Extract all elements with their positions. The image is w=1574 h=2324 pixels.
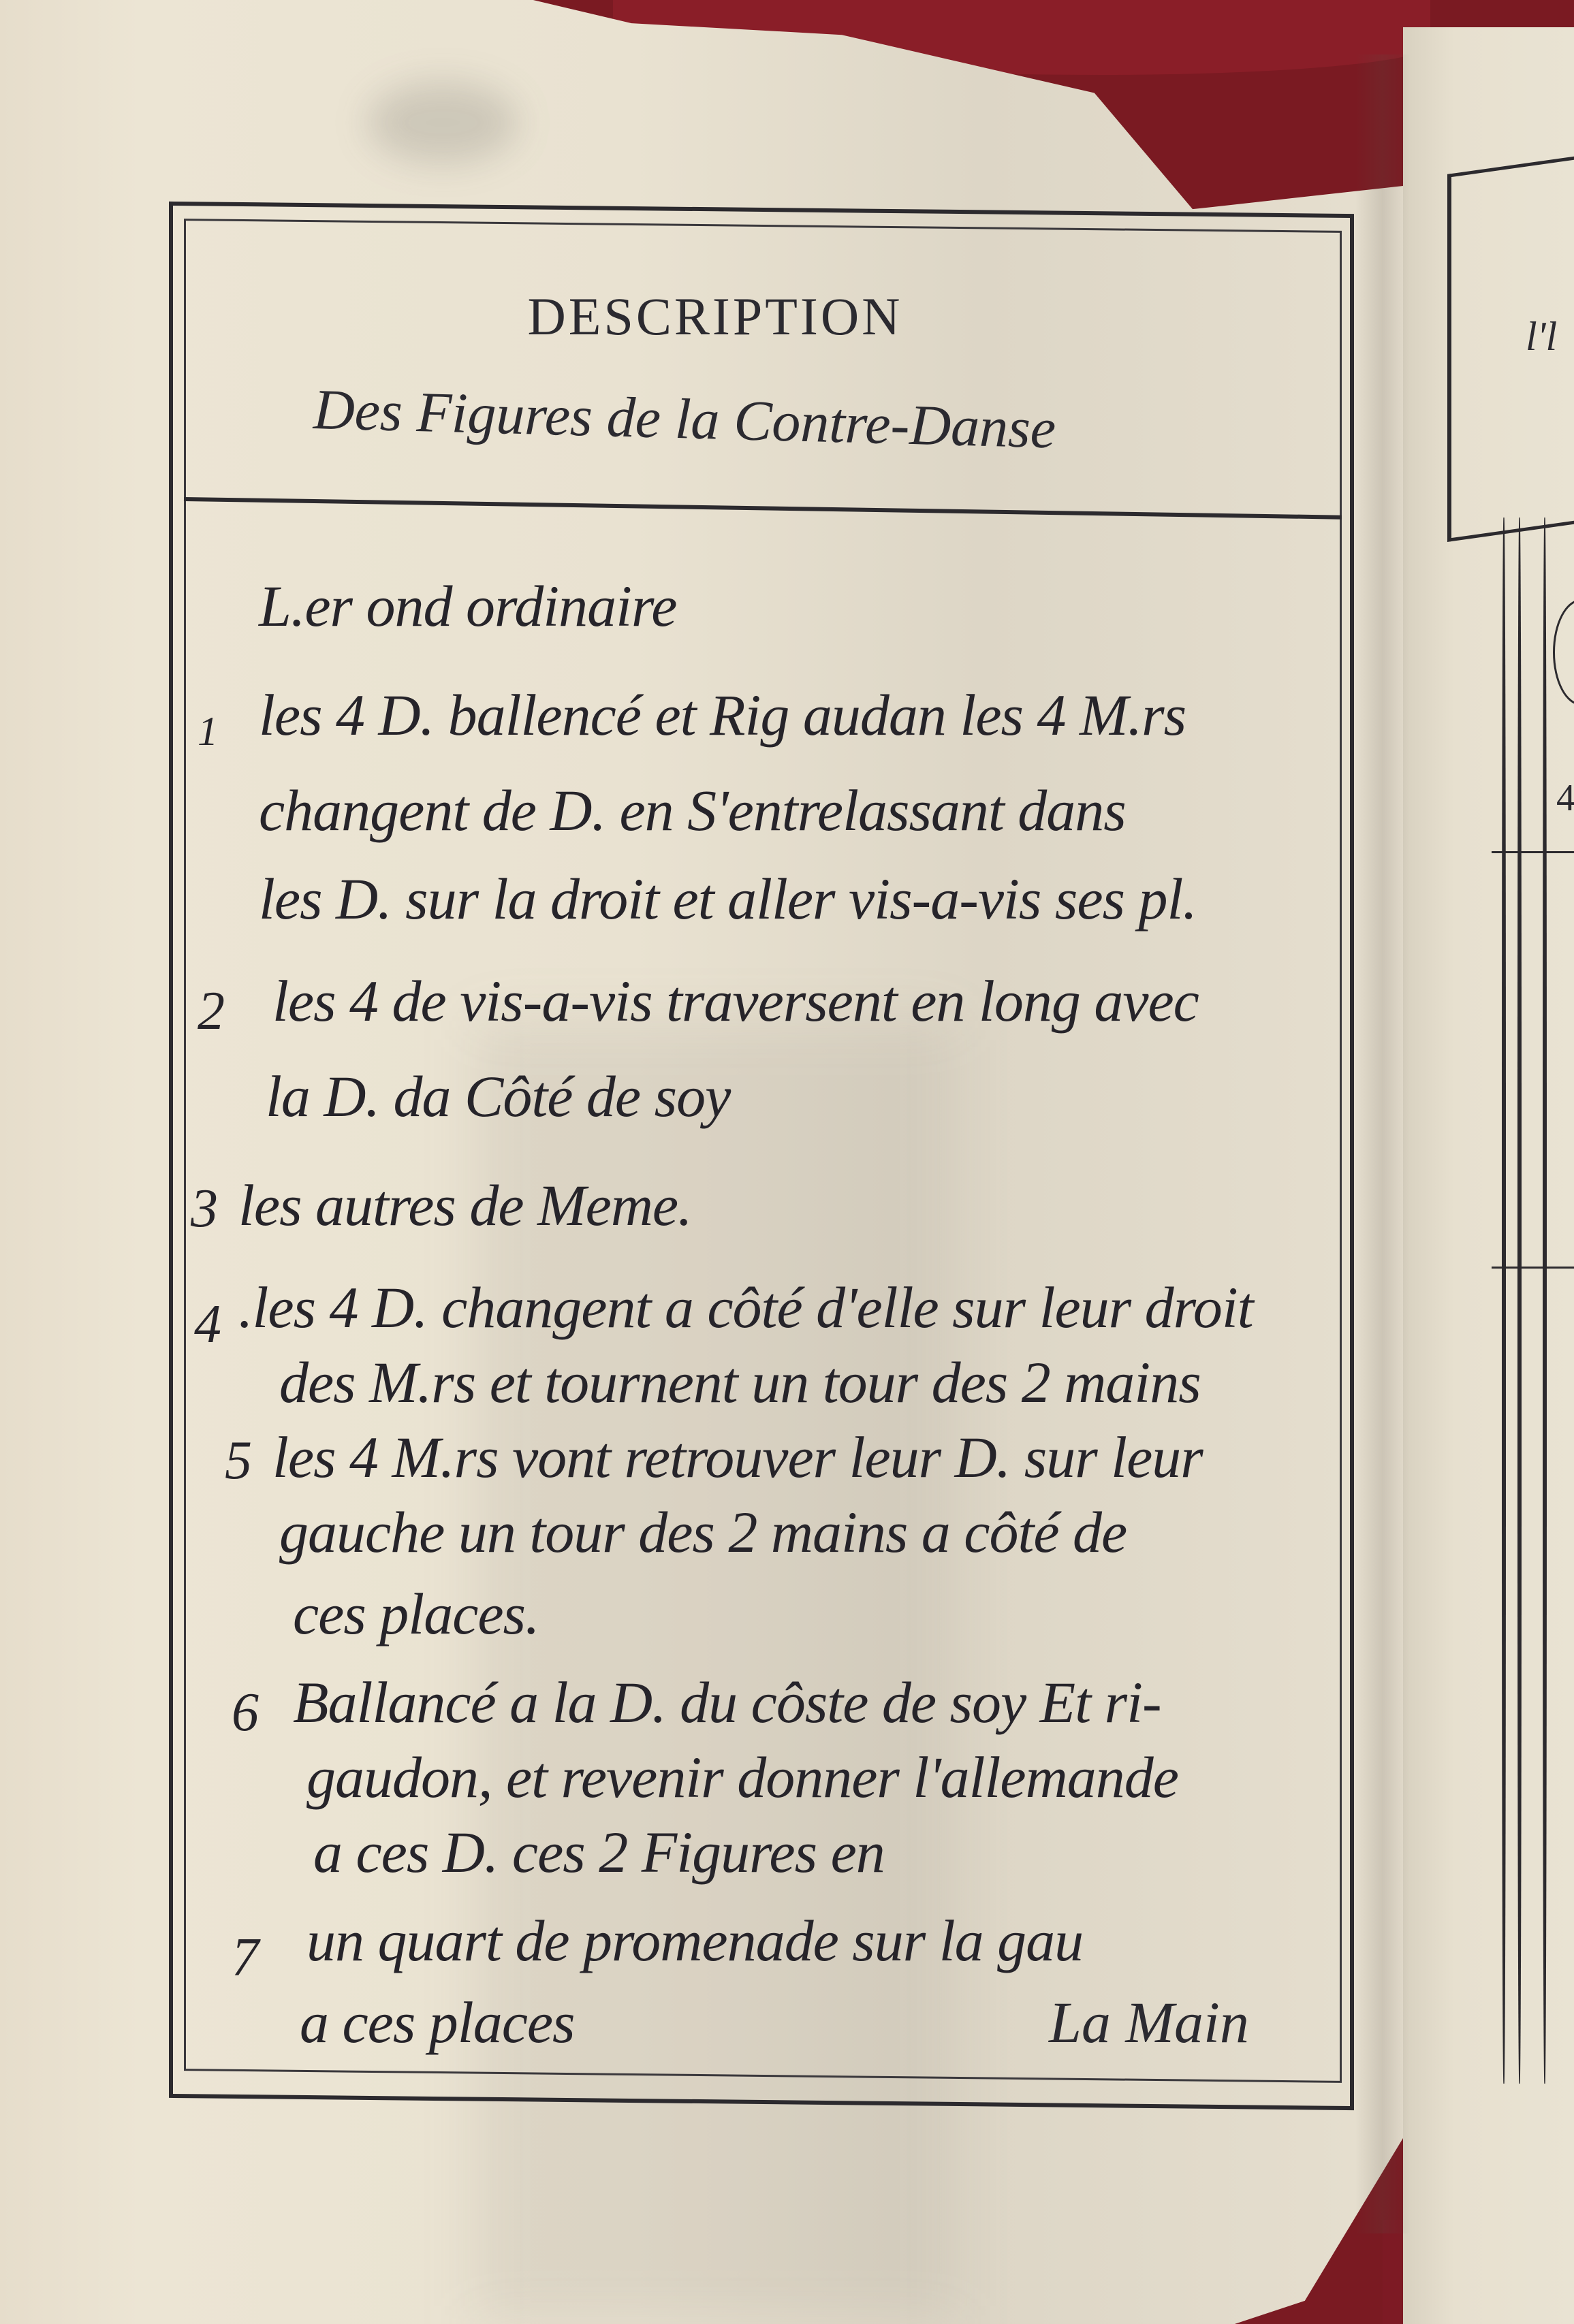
figure-line: les 4 D. ballencé et Rig audan les 4 M.r… [259,681,1186,749]
book-spine-shadow [1355,54,1410,2233]
figure-line: les 4 M.rs vont retrouver leur D. sur le… [272,1423,1203,1491]
right-page-wavy-border-inner [1517,518,1522,2084]
figure-line: les autres de Meme. [238,1171,692,1239]
page-smudge [368,82,518,163]
figure-number: 3 [191,1178,218,1240]
figure-line: ces places. [293,1580,539,1648]
figure-line: les D. sur la droit et aller vis-a-vis s… [259,865,1197,933]
signature: La Main [1049,1988,1249,2056]
right-page-partial-text: l'l [1526,313,1557,360]
page-title: DESCRIPTION [436,286,994,347]
figure-line: les 4 de vis-a-vis traversent en long av… [272,967,1199,1035]
right-page-partial-digit: 4 [1556,776,1574,820]
right-page-wavy-border-outer [1502,518,1506,2084]
right-page-rule [1492,1267,1574,1269]
figure-number: 6 [232,1682,259,1744]
figure-line: changent de D. en S'entrelassant dans [259,776,1126,844]
figure-number: 7 [232,1927,259,1989]
figure-line: la D. da Côté de soy [266,1062,730,1130]
figure-line: gauche un tour des 2 mains a côté de [279,1498,1127,1566]
figure-line: gaudon, et revenir donner l'allemande [306,1743,1178,1811]
figure-number: 1 [198,708,218,755]
figure-number: 5 [225,1430,252,1492]
intro-line: L.er ond ordinaire [259,572,676,640]
figure-line: .les 4 D. changent a côté d'elle sur leu… [238,1273,1253,1341]
figure-number: 2 [198,981,225,1042]
right-page-rule [1492,851,1574,853]
figure-line: un quart de promenade sur la gau [306,1907,1083,1975]
figure-line: a ces places [300,1988,575,2056]
figure-line: Ballancé a la D. du côste de soy Et ri- [293,1668,1161,1736]
figure-line: a ces D. ces 2 Figures en [313,1818,885,1886]
figure-number: 4 [194,1294,221,1356]
figure-line: des M.rs et tournent un tour des 2 mains [279,1348,1201,1416]
right-page-wavy-border-third [1543,518,1547,2084]
